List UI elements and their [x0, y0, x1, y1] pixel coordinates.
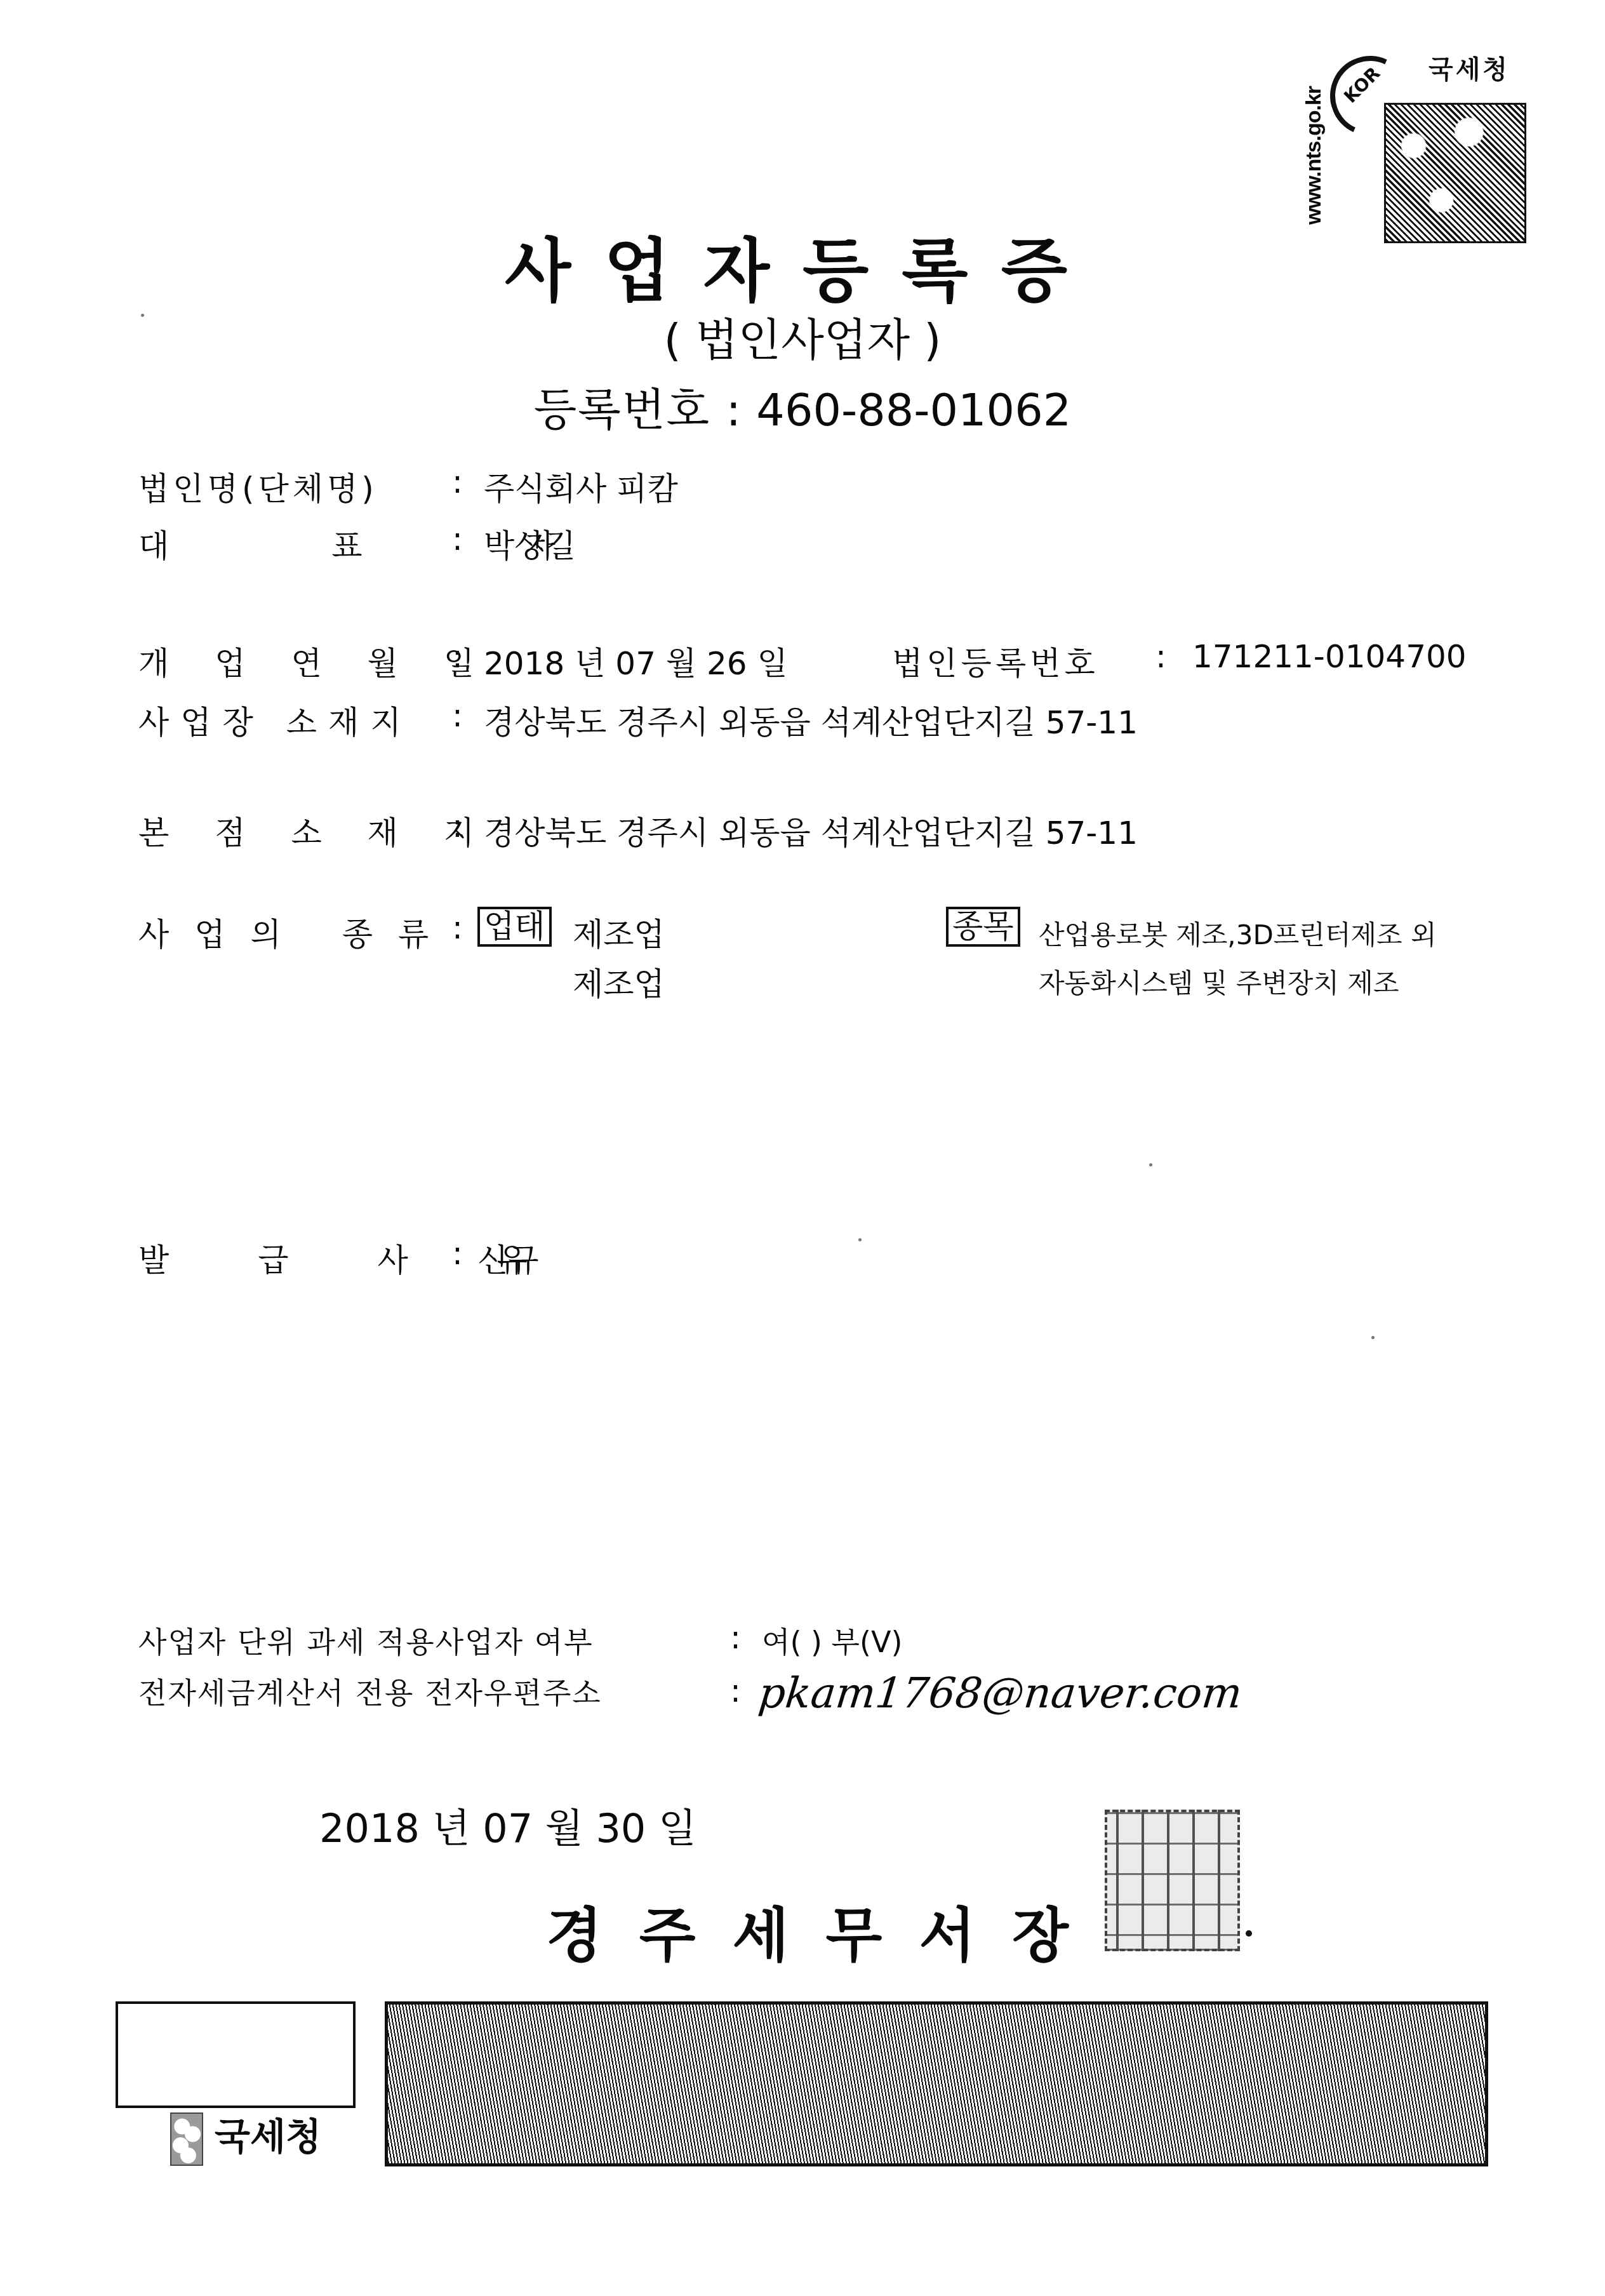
- issue-date: 2018 년 07 월 30 일: [0, 1797, 1016, 1853]
- nts-logo: www.nts.go.kr KOR 국세청: [1302, 44, 1505, 235]
- field-sep: :: [1155, 638, 1166, 675]
- field-sep: :: [452, 1235, 463, 1272]
- field-sep: :: [452, 464, 463, 500]
- business-address-value: 경상북도 경주시 외동읍 석계산업단지길 57-11: [484, 697, 1138, 743]
- field-sep: :: [452, 521, 463, 557]
- representative-value: 박상길: [484, 521, 576, 566]
- nts-emblem-icon: [170, 2112, 203, 2166]
- email-value-handwritten: pkam1768@naver.com: [756, 1669, 1244, 1718]
- corp-reg-number-value: 171211-0104700: [1192, 638, 1467, 675]
- field-head-office-label: 본 점 소 재 지: [138, 808, 492, 853]
- document-subtitle: ( 법인사업자 ): [0, 305, 1605, 369]
- field-sep: :: [452, 808, 463, 844]
- blank-box: [116, 2001, 356, 2108]
- field-business-address-label: 사업장 소재지: [138, 697, 413, 743]
- field-sep: :: [452, 909, 463, 946]
- item-value-2: 자동화시스템 및 주변장치 제조: [1039, 963, 1399, 1001]
- document-title: 사업자등록증: [0, 216, 1605, 314]
- scan-speck: [858, 1238, 862, 1241]
- issuing-office: 경주세무서장: [546, 1889, 1105, 1973]
- field-label: 법인명(단체명): [138, 471, 378, 507]
- unit-taxation-value: 여( ) 부(V): [762, 1619, 902, 1661]
- official-seal-icon: [1105, 1810, 1240, 1951]
- field-sep: :: [730, 1672, 741, 1709]
- scan-speck: [1149, 1163, 1152, 1166]
- field-sep: :: [452, 697, 463, 734]
- field-corp-reg-number-label: 법인등록번호: [892, 638, 1099, 684]
- nts-brand-label: 국세청: [1429, 50, 1510, 86]
- field-sep: :: [452, 638, 463, 675]
- corp-name-value: 주식회사 피캄: [484, 464, 678, 509]
- field-representative-label: 대 표 자: [138, 521, 437, 566]
- scan-speck: [1371, 1336, 1375, 1339]
- head-office-address-value: 경상북도 경주시 외동읍 석계산업단지길 57-11: [484, 808, 1138, 853]
- registration-number: 등록번호 : 460-88-01062: [0, 375, 1605, 439]
- security-pattern-box: [385, 2001, 1488, 2166]
- scan-speck: [141, 314, 144, 317]
- issue-reason-value: 신규: [477, 1235, 539, 1281]
- field-email-label: 전자세금계산서 전용 전자우편주소: [138, 1670, 602, 1712]
- category-value-2: 제조업: [573, 959, 665, 1005]
- seal-mark: [1246, 1930, 1252, 1937]
- item-value-1: 산업용로봇 제조,3D프린터제조 외: [1039, 914, 1437, 952]
- item-tag: 종목: [946, 907, 1020, 947]
- field-corp-name: 법인명(단체명): [138, 464, 378, 509]
- opening-date-value: 2018 년 07 월 26 일: [484, 638, 788, 684]
- field-sep: :: [730, 1619, 741, 1656]
- field-opening-date-label: 개 업 연 월 일: [138, 638, 492, 684]
- field-business-type-label: 사업의 종류: [138, 909, 454, 955]
- category-tag: 업태: [477, 907, 552, 947]
- nts-footer-brand: 국세청: [170, 2107, 321, 2166]
- field-unit-taxation-label: 사업자 단위 과세 적용사업자 여부: [138, 1619, 594, 1661]
- registration-number-label: 등록번호 :: [534, 384, 742, 436]
- category-value-1: 제조업: [573, 909, 665, 955]
- registration-number-value: 460-88-01062: [756, 384, 1071, 436]
